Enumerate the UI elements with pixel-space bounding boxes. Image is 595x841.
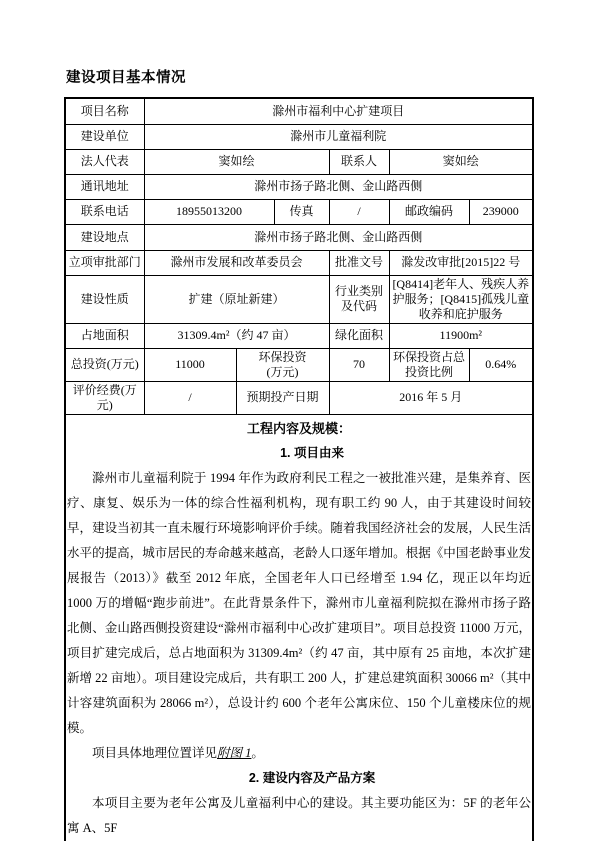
- basic-info-table: 项目名称 滁州市福利中心扩建项目 建设单位 滁州市儿童福利院 法人代表 窦如绘 …: [64, 97, 534, 841]
- field-value-postcode: 239000: [469, 199, 533, 224]
- row-project-name: 项目名称 滁州市福利中心扩建项目: [65, 98, 533, 124]
- row-legal-person: 法人代表 窦如绘 联系人 窦如绘: [65, 149, 533, 174]
- subsection-title-origin: 1. 项目由来: [67, 441, 531, 466]
- field-value-phone: 18955013200: [144, 199, 274, 224]
- field-label-build-unit: 建设单位: [65, 124, 144, 149]
- row-phone: 联系电话 18955013200 传真 / 邮政编码 239000: [65, 199, 533, 224]
- document-page: 建设项目基本情况 项目名称 滁州市福利中心扩建项目 建设单位 滁州市儿童福利院 …: [0, 0, 595, 841]
- field-label-phone: 联系电话: [65, 199, 144, 224]
- field-value-build-site: 滁州市扬子路北侧、金山路西侧: [144, 224, 533, 250]
- field-label-contact-person: 联系人: [329, 149, 389, 174]
- field-label-project-name: 项目名称: [65, 98, 144, 124]
- field-value-eval-fund: /: [144, 381, 236, 414]
- field-label-approval-dept: 立项审批部门: [65, 250, 144, 275]
- ref-suffix-text: 。: [251, 746, 264, 760]
- field-label-land-area: 占地面积: [65, 323, 144, 348]
- field-label-green-area: 绿化面积: [329, 323, 389, 348]
- page-number: 1: [0, 776, 595, 787]
- figure-1-link[interactable]: 附图 1: [217, 746, 251, 760]
- field-value-fax: /: [329, 199, 389, 224]
- field-value-build-unit: 滁州市儿童福利院: [144, 124, 533, 149]
- location-reference-line: 项目具体地理位置详见附图 1。: [67, 741, 531, 766]
- page-title: 建设项目基本情况: [66, 66, 186, 87]
- row-land-area: 占地面积 31309.4m²（约 47 亩） 绿化面积 11900m²: [65, 323, 533, 348]
- field-label-env-investment: 环保投资(万元): [236, 348, 329, 381]
- row-approval-dept: 立项审批部门 滁州市发展和改革委员会 批准文号 滁发改审批[2015]22 号: [65, 250, 533, 275]
- field-value-land-area: 31309.4m²（约 47 亩）: [144, 323, 329, 348]
- field-value-production-date: 2016 年 5 月: [329, 381, 533, 414]
- field-label-mail-address: 通讯地址: [65, 174, 144, 199]
- field-label-eval-fund: 评价经费(万元): [65, 381, 144, 414]
- paragraph-build-plan: 本项目主要为老年公寓及儿童福利中心的建设。其主要功能区为：5F 的老年公寓 A、…: [67, 791, 531, 841]
- field-label-industry: 行业类别及代码: [329, 275, 389, 323]
- field-value-legal-person: 窦如绘: [144, 149, 329, 174]
- field-value-build-nature: 扩建（原址新建）: [144, 275, 329, 323]
- field-label-build-nature: 建设性质: [65, 275, 144, 323]
- field-value-approval-dept: 滁州市发展和改革委员会: [144, 250, 329, 275]
- env-investment-label-text: 环保投资(万元): [254, 350, 312, 380]
- field-label-env-ratio: 环保投资占总投资比例: [389, 348, 469, 381]
- row-mail-address: 通讯地址 滁州市扬子路北侧、金山路西侧: [65, 174, 533, 199]
- field-label-fax: 传真: [274, 199, 329, 224]
- field-label-legal-person: 法人代表: [65, 149, 144, 174]
- field-value-env-investment: 70: [329, 348, 389, 381]
- field-label-production-date: 预期投产日期: [236, 381, 329, 414]
- field-value-env-ratio: 0.64%: [469, 348, 533, 381]
- field-label-build-site: 建设地点: [65, 224, 144, 250]
- row-build-unit: 建设单位 滁州市儿童福利院: [65, 124, 533, 149]
- field-value-project-name: 滁州市福利中心扩建项目: [144, 98, 533, 124]
- field-label-postcode: 邮政编码: [389, 199, 469, 224]
- field-value-industry: [Q8414]老年人、残疾人养护服务；[Q8415]孤残儿童收养和庇护服务: [389, 275, 533, 323]
- section-title-scope: 工程内容及规模：: [67, 416, 531, 441]
- row-build-site: 建设地点 滁州市扬子路北侧、金山路西侧: [65, 224, 533, 250]
- field-value-mail-address: 滁州市扬子路北侧、金山路西侧: [144, 174, 533, 199]
- row-eval-fund: 评价经费(万元) / 预期投产日期 2016 年 5 月: [65, 381, 533, 414]
- field-value-green-area: 11900m²: [389, 323, 533, 348]
- ref-prefix-text: 项目具体地理位置详见: [92, 746, 217, 760]
- field-value-approval-doc: 滁发改审批[2015]22 号: [389, 250, 533, 275]
- field-label-approval-doc: 批准文号: [329, 250, 389, 275]
- field-value-total-investment: 11000: [144, 348, 236, 381]
- paragraph-project-origin: 滁州市儿童福利院于 1994 年作为政府利民工程之一被批准兴建，是集养育、医疗、…: [67, 466, 531, 741]
- field-value-contact-person: 窦如绘: [389, 149, 533, 174]
- row-build-nature: 建设性质 扩建（原址新建） 行业类别及代码 [Q8414]老年人、残疾人养护服务…: [65, 275, 533, 323]
- row-investment: 总投资(万元) 11000 环保投资(万元) 70 环保投资占总投资比例 0.6…: [65, 348, 533, 381]
- field-label-total-investment: 总投资(万元): [65, 348, 144, 381]
